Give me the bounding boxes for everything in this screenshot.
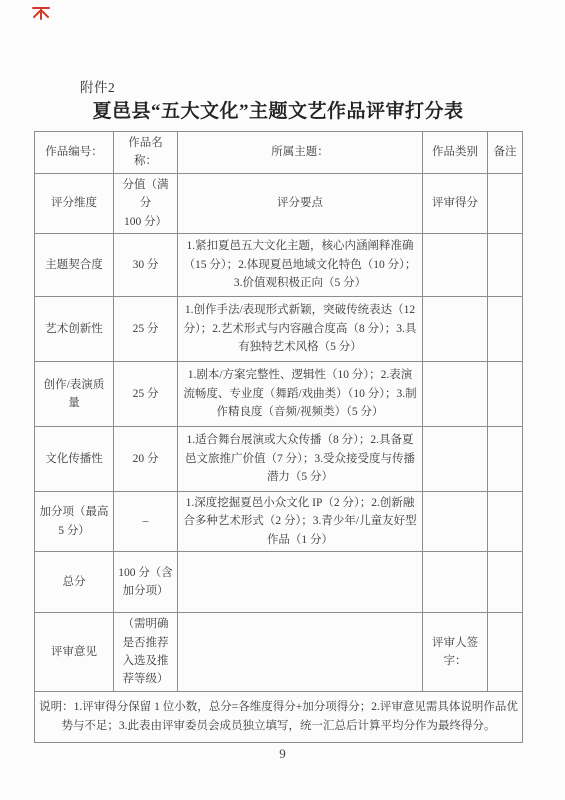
review-score-cell [423,233,488,296]
review-score-cell [423,491,488,551]
subheader-remark-cell [488,173,523,233]
score-value-cell: 20 分 [114,426,178,491]
note-row: 说明：1.评审得分保留 1 位小数，总分=各维度得分+加分项得分；2.评审意见需… [35,691,523,742]
header-row: 作品编号： 作品名称： 所属主题： 作品类别 备注 [35,132,523,174]
opinion-blank-cell [178,613,423,692]
document-page: 附件2 夏邑县“五大文化”主题文艺作品评审打分表 作品编号： 作品名称： 所属主… [0,0,565,800]
table-row-opinion: 评审意见 （需明确 是否推荐 入选及推 荐等级） 评审人签 字： [35,613,523,692]
score-value-cell: 25 分 [114,296,178,361]
review-score-cell [423,552,488,613]
table-row-performance-quality: 创作/表演质 量 25 分 1.剧本/方案完整性、逻辑性（10 分）；2.表演流… [35,361,523,426]
table-row-bonus: 加分项（最高 5 分） – 1.深度挖掘夏邑小众文化 IP（2 分）；2.创新融… [35,491,523,551]
score-value-cell: – [114,491,178,551]
dimension-cell: 加分项（最高 5 分） [35,491,114,551]
opinion-requirement-cell: （需明确 是否推荐 入选及推 荐等级） [114,613,178,692]
points-cell: 1.剧本/方案完整性、逻辑性（10 分）；2.表演流畅度、专业度（舞蹈/戏曲类）… [178,361,423,426]
attachment-label: 附件2 [80,76,115,96]
remark-cell [488,296,523,361]
score-value-cell: 25 分 [114,361,178,426]
score-table: 作品编号： 作品名称： 所属主题： 作品类别 备注 评分维度 分值（满分 100… [34,131,523,743]
header-work-name: 作品名称： [114,132,178,174]
dimension-cell: 创作/表演质 量 [35,361,114,426]
header-work-no: 作品编号： [35,132,114,174]
table-row-total: 总分 100 分（含 加分项） [35,552,523,613]
reviewer-signature-cell: 评审人签 字： [423,613,488,692]
remark-cell [488,613,523,692]
remark-cell [488,361,523,426]
points-cell: 1.深度挖掘夏邑小众文化 IP（2 分）；2.创新融合多种艺术形式（2 分）；3… [178,491,423,551]
review-score-cell [423,361,488,426]
table-row-culture-spread: 文化传播性 20 分 1.适合舞台展演或大众传播（8 分）；2.具备夏邑文旅推广… [35,426,523,491]
subheader-score: 分值（满分 100 分） [114,173,178,233]
note-text: 说明：1.评审得分保留 1 位小数，总分=各维度得分+加分项得分；2.评审意见需… [35,691,523,742]
review-score-cell [423,296,488,361]
points-cell [178,552,423,613]
remark-cell [488,233,523,296]
remark-cell [488,491,523,551]
score-value-cell: 100 分（含 加分项） [114,552,178,613]
points-cell: 1.适合舞台展演或大众传播（8 分）；2.具备夏邑文旅推广价值（7 分）；3.受… [178,426,423,491]
score-value-cell: 30 分 [114,233,178,296]
subheader-dimension: 评分维度 [35,173,114,233]
subheader-points: 评分要点 [178,173,423,233]
table-row-theme-fit: 主题契合度 30 分 1.紧扣夏邑五大文化主题，核心内涵阐释准确（15 分）；2… [35,233,523,296]
remark-cell [488,552,523,613]
points-cell: 1.紧扣夏邑五大文化主题，核心内涵阐释准确（15 分）；2.体现夏邑地域文化特色… [178,233,423,296]
header-theme: 所属主题： [178,132,423,174]
page-number: 9 [0,746,565,762]
red-corner-mark [30,5,52,21]
page-title: 夏邑县“五大文化”主题文艺作品评审打分表 [34,96,522,123]
dimension-cell: 评审意见 [35,613,114,692]
table-row-art-innovation: 艺术创新性 25 分 1.创作手法/表现形式新颖，突破传统表达（12 分）；2.… [35,296,523,361]
points-cell: 1.创作手法/表现形式新颖，突破传统表达（12 分）；2.艺术形式与内容融合度高… [178,296,423,361]
remark-cell [488,426,523,491]
dimension-cell: 主题契合度 [35,233,114,296]
header-remark: 备注 [488,132,523,174]
header-work-category: 作品类别 [423,132,488,174]
subheader-review-score: 评审得分 [423,173,488,233]
dimension-cell: 文化传播性 [35,426,114,491]
dimension-cell: 艺术创新性 [35,296,114,361]
dimension-cell: 总分 [35,552,114,613]
subheader-row: 评分维度 分值（满分 100 分） 评分要点 评审得分 [35,173,523,233]
review-score-cell [423,426,488,491]
